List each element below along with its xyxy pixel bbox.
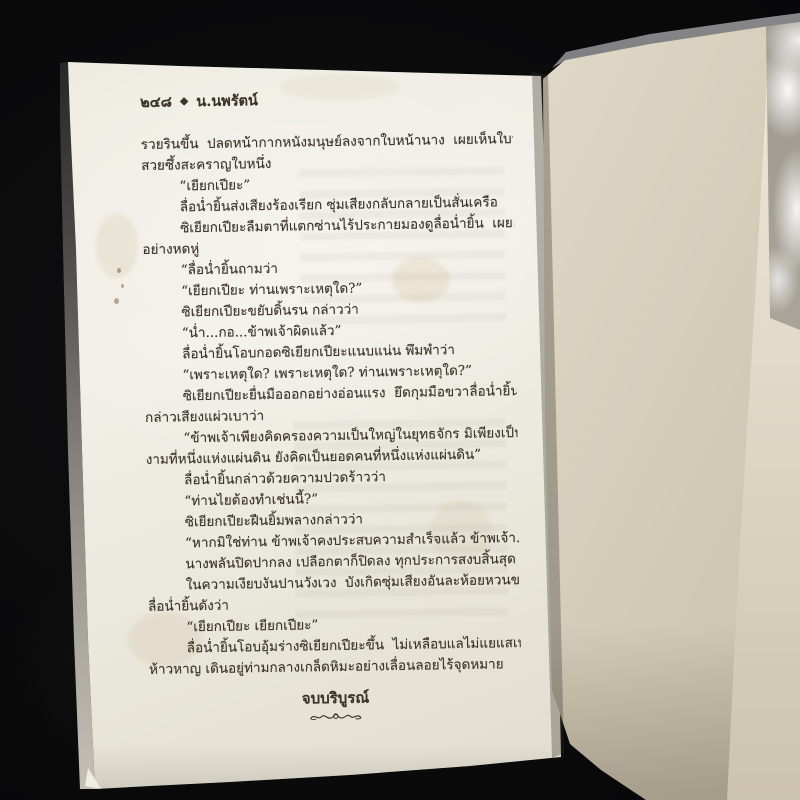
body-text-lines: รวยรินขึ้น ปลดหน้ากากหนังมนุษย์ลงจากใบหน… [141,129,522,681]
ending-label: จบบริบูรณ์ [149,684,521,712]
diamond-icon: ◆ [180,90,189,111]
paper-speck [121,284,124,288]
paper-speck [114,298,119,304]
end-flourish-icon [309,710,363,724]
paper-speck [117,268,121,273]
book-photo-scene: ๒๔๘ ◆ น.นพรัตน์ รวยรินขึ้น ปลดหน้ากากหนั… [0,0,800,800]
ending-block: จบบริบูรณ์ [149,684,522,726]
text-line: ห้าวหาญ เดินอยู่ท่ามกลางเกล็ดหิมะอย่างเล… [149,654,521,681]
page-header: ๒๔๘ ◆ น.นพรัตน์ [140,86,512,113]
printed-text-block: ๒๔๘ ◆ น.นพรัตน์ รวยรินขึ้น ปลดหน้ากากหนั… [140,86,522,726]
author-name: น.นพรัตน์ [196,90,258,112]
page-number: ๒๔๘ [140,92,172,113]
